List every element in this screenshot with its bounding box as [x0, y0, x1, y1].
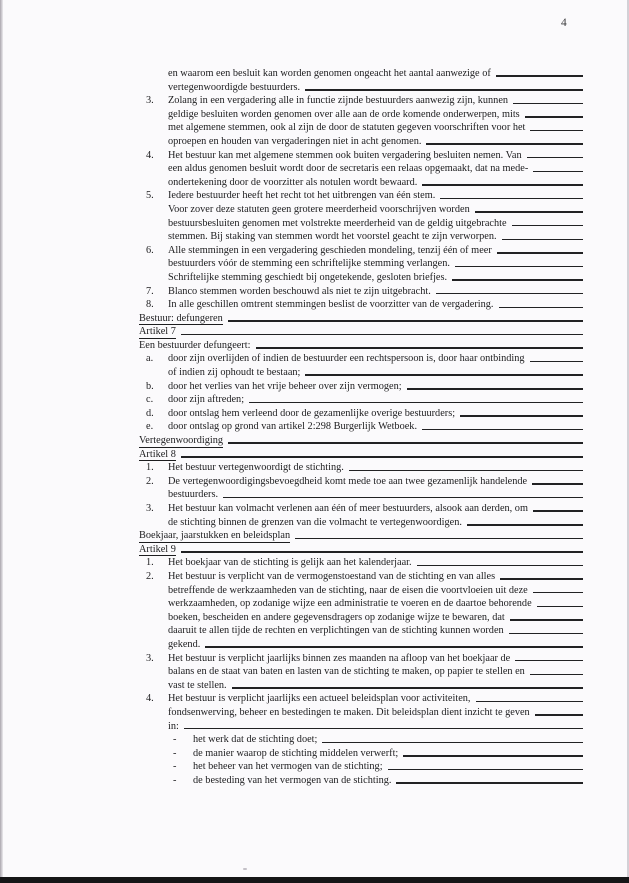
- line-marker: [139, 135, 168, 149]
- line-text: Het bestuur kan volmacht verlenen aan éé…: [168, 502, 528, 516]
- line-text: Het bestuur is verplicht jaarlijks binne…: [168, 652, 510, 666]
- line-text: ondertekening door de voorzitter als not…: [168, 176, 417, 190]
- document-line: Artikel 8: [139, 448, 583, 462]
- document-line: en waarom een besluit kan worden genomen…: [139, 67, 583, 81]
- line-marker: [139, 488, 168, 502]
- document-line: vertegenwoordigde bestuurders.: [139, 81, 583, 95]
- line-marker: 3.: [139, 502, 168, 516]
- line-text: balans en de staat van baten en lasten v…: [168, 665, 525, 679]
- line-marker: 3.: [139, 94, 168, 108]
- line-text: bestuurders vóór de stemming een schrift…: [168, 257, 450, 271]
- document-line: werkzaamheden, op zodanige wijze een adm…: [139, 597, 583, 611]
- line-text: geldige besluiten worden genomen over al…: [168, 108, 520, 122]
- line-filler-rule: [422, 184, 583, 186]
- line-text: door zijn overlijden of indien de bestuu…: [168, 352, 525, 366]
- document-line: vast te stellen.: [139, 679, 583, 693]
- line-filler-rule: [460, 415, 583, 417]
- line-marker: -: [168, 760, 193, 774]
- line-marker: [139, 720, 168, 734]
- line-filler-rule: [417, 565, 583, 567]
- line-text: Het bestuur kan met algemene stemmen ook…: [168, 149, 522, 163]
- line-filler-rule: [532, 483, 583, 485]
- line-marker: [139, 706, 168, 720]
- document-line: 1. Het boekjaar van de stichting is geli…: [139, 556, 583, 570]
- line-filler-rule: [530, 130, 583, 132]
- line-marker: [139, 597, 168, 611]
- line-text: door ontslag op grond van artikel 2:298 …: [168, 420, 417, 434]
- document-line: daaruit te allen tijde de rechten en ver…: [139, 624, 583, 638]
- document-body: en waarom een besluit kan worden genomen…: [139, 67, 583, 787]
- line-marker: [139, 624, 168, 638]
- document-line: 3. Het bestuur kan volmacht verlenen aan…: [139, 502, 583, 516]
- line-marker: 5.: [139, 189, 168, 203]
- line-marker: [139, 230, 168, 244]
- line-text: in:: [168, 720, 179, 734]
- line-filler-rule: [467, 524, 583, 526]
- document-line: 3. Zolang in een vergadering alle in fun…: [139, 94, 583, 108]
- line-marker: [139, 638, 168, 652]
- document-line: - de besteding van het vermogen van de s…: [139, 774, 583, 788]
- line-marker: [139, 679, 168, 693]
- line-text: oproepen en houden van vergaderingen nie…: [168, 135, 421, 149]
- line-filler-rule: [509, 633, 583, 635]
- line-filler-rule: [537, 606, 583, 608]
- line-marker: [139, 176, 168, 190]
- line-marker: [139, 217, 168, 231]
- document-line: Artikel 7: [139, 325, 583, 339]
- line-text: het werk dat de stichting doet;: [193, 733, 317, 747]
- line-text: boeken, bescheiden en andere gegevensdra…: [168, 611, 505, 625]
- line-marker: [139, 271, 168, 285]
- document-line: geldige besluiten worden genomen over al…: [139, 108, 583, 122]
- document-line: 4. Het bestuur is verplicht jaarlijks ee…: [139, 692, 583, 706]
- line-marker: [139, 366, 168, 380]
- line-filler-rule: [249, 402, 583, 404]
- line-text: Boekjaar, jaarstukken en beleidsplan: [139, 529, 290, 543]
- document-line: oproepen en houden van vergaderingen nie…: [139, 135, 583, 149]
- document-line: bestuurders vóór de stemming een schrift…: [139, 257, 583, 271]
- line-filler-rule: [228, 320, 583, 322]
- line-text: Het bestuur is verplicht van de vermogen…: [168, 570, 495, 584]
- line-filler-rule: [510, 619, 583, 621]
- line-text: Artikel 8: [139, 448, 176, 462]
- line-text: Het bestuur vertegenwoordigt de stichtin…: [168, 461, 344, 475]
- line-filler-rule: [475, 211, 583, 213]
- line-filler-rule: [533, 510, 583, 512]
- document-line: 5. Iedere bestuurder heeft het recht tot…: [139, 189, 583, 203]
- document-line: Boekjaar, jaarstukken en beleidsplan: [139, 529, 583, 543]
- document-line: stemmen. Bij staking van stemmen wordt h…: [139, 230, 583, 244]
- line-text: betreffende de werkzaamheden van de stic…: [168, 584, 528, 598]
- line-text: Alle stemmingen in een vergadering gesch…: [168, 244, 492, 258]
- line-marker: -: [168, 774, 193, 788]
- line-filler-rule: [512, 225, 583, 227]
- line-marker: 4.: [139, 692, 168, 706]
- line-marker: 6.: [139, 244, 168, 258]
- document-line: 8. In alle geschillen omtrent stemmingen…: [139, 298, 583, 312]
- line-filler-rule: [388, 769, 583, 771]
- line-marker: 4.: [139, 149, 168, 163]
- document-line: of indien zij ophoudt te bestaan;: [139, 366, 583, 380]
- line-filler-rule: [396, 782, 583, 784]
- document-line: Bestuur: defungeren: [139, 312, 583, 326]
- line-text: werkzaamheden, op zodanige wijze een adm…: [168, 597, 532, 611]
- line-marker: 1.: [139, 556, 168, 570]
- document-line: - het beheer van het vermogen van de sti…: [139, 760, 583, 774]
- line-text: Blanco stemmen worden beschouwd als niet…: [168, 285, 431, 299]
- line-filler-rule: [533, 592, 583, 594]
- line-filler-rule: [500, 578, 583, 580]
- line-filler-rule: [452, 279, 583, 281]
- line-filler-rule: [181, 334, 583, 336]
- document-line: gekend.: [139, 638, 583, 652]
- line-text: het beheer van het vermogen van de stich…: [193, 760, 383, 774]
- line-marker: -: [168, 733, 193, 747]
- scan-speck: [243, 868, 247, 870]
- line-text: gekend.: [168, 638, 200, 652]
- document-line: a. door zijn overlijden of indien de bes…: [139, 352, 583, 366]
- document-line: 4. Het bestuur kan met algemene stemmen …: [139, 149, 583, 163]
- line-filler-rule: [256, 347, 583, 349]
- line-text: stemmen. Bij staking van stemmen wordt h…: [168, 230, 497, 244]
- document-line: Vertegenwoordiging: [139, 434, 583, 448]
- line-marker: 1.: [139, 461, 168, 475]
- line-text: daaruit te allen tijde de rechten en ver…: [168, 624, 504, 638]
- page-number: 4: [561, 17, 567, 29]
- document-line: b. door het verlies van het vrije beheer…: [139, 380, 583, 394]
- line-marker: b.: [139, 380, 168, 394]
- document-line: betreffende de werkzaamheden van de stic…: [139, 584, 583, 598]
- line-filler-rule: [223, 497, 583, 499]
- line-marker: [139, 584, 168, 598]
- line-filler-rule: [181, 456, 583, 458]
- line-text: en waarom een besluit kan worden genomen…: [168, 67, 491, 81]
- line-filler-rule: [513, 103, 583, 105]
- line-filler-rule: [527, 157, 583, 159]
- line-marker: c.: [139, 393, 168, 407]
- document-line: 2. De vertegenwoordigingsbevoegdheid kom…: [139, 475, 583, 489]
- line-marker: [139, 203, 168, 217]
- line-text: Een bestuurder defungeert:: [139, 339, 251, 353]
- line-filler-rule: [499, 307, 584, 309]
- document-line: balans en de staat van baten en lasten v…: [139, 665, 583, 679]
- line-text: de besteding van het vermogen van de sti…: [193, 774, 391, 788]
- line-text: Bestuur: defungeren: [139, 312, 223, 326]
- line-text: bestuursbesluiten genomen met volstrekte…: [168, 217, 507, 231]
- document-line: - de manier waarop de stichting middelen…: [139, 747, 583, 761]
- line-filler-rule: [322, 742, 583, 744]
- line-text: door zijn aftreden;: [168, 393, 244, 407]
- line-text: Artikel 9: [139, 543, 176, 557]
- scan-edge-bottom: [0, 877, 629, 883]
- line-text: vertegenwoordigde bestuurders.: [168, 81, 300, 95]
- line-text: In alle geschillen omtrent stemmingen be…: [168, 298, 494, 312]
- line-filler-rule: [422, 429, 583, 431]
- document-line: d. door ontslag hem verleend door de gez…: [139, 407, 583, 421]
- document-line: in:: [139, 720, 583, 734]
- document-line: 3. Het bestuur is verplicht jaarlijks bi…: [139, 652, 583, 666]
- line-marker: d.: [139, 407, 168, 421]
- document-line: - het werk dat de stichting doet;: [139, 733, 583, 747]
- line-filler-rule: [295, 538, 583, 540]
- document-line: Artikel 9: [139, 543, 583, 557]
- line-marker: [139, 108, 168, 122]
- line-text: bestuurders.: [168, 488, 218, 502]
- document-line: Voor zover deze statuten geen grotere me…: [139, 203, 583, 217]
- line-filler-rule: [502, 239, 583, 241]
- document-line: 2. Het bestuur is verplicht van de vermo…: [139, 570, 583, 584]
- line-filler-rule: [232, 687, 583, 689]
- line-marker: [139, 665, 168, 679]
- document-line: bestuursbesluiten genomen met volstrekte…: [139, 217, 583, 231]
- line-text: Iedere bestuurder heeft het recht tot he…: [168, 189, 435, 203]
- line-filler-rule: [535, 714, 583, 716]
- line-filler-rule: [228, 442, 583, 444]
- line-filler-rule: [181, 551, 583, 553]
- line-marker: a.: [139, 352, 168, 366]
- line-text: Voor zover deze statuten geen grotere me…: [168, 203, 470, 217]
- line-filler-rule: [530, 674, 583, 676]
- line-filler-rule: [205, 646, 583, 648]
- document-line: c. door zijn aftreden;: [139, 393, 583, 407]
- line-marker: -: [168, 747, 193, 761]
- scan-edge-left: [0, 0, 3, 883]
- line-filler-rule: [530, 361, 583, 363]
- line-filler-rule: [440, 198, 583, 200]
- line-marker: [139, 121, 168, 135]
- line-marker: 2.: [139, 570, 168, 584]
- line-text: fondsenwerving, beheer en bestedingen te…: [168, 706, 530, 720]
- line-filler-rule: [305, 374, 583, 376]
- line-marker: [139, 162, 168, 176]
- document-line: 7. Blanco stemmen worden beschouwd als n…: [139, 285, 583, 299]
- line-text: door ontslag hem verleend door de gezame…: [168, 407, 455, 421]
- line-marker: 3.: [139, 652, 168, 666]
- line-filler-rule: [515, 660, 583, 662]
- line-filler-rule: [349, 470, 583, 472]
- line-filler-rule: [476, 701, 583, 703]
- document-line: 6. Alle stemmingen in een vergadering ge…: [139, 244, 583, 258]
- line-text: Schriftelijke stemming geschiedt bij ong…: [168, 271, 447, 285]
- document-line: Schriftelijke stemming geschiedt bij ong…: [139, 271, 583, 285]
- line-filler-rule: [455, 266, 583, 268]
- line-filler-rule: [497, 252, 583, 254]
- document-line: een aldus genomen besluit wordt door de …: [139, 162, 583, 176]
- line-text: de manier waarop de stichting middelen v…: [193, 747, 398, 761]
- line-filler-rule: [407, 388, 583, 390]
- document-line: ondertekening door de voorzitter als not…: [139, 176, 583, 190]
- line-marker: 7.: [139, 285, 168, 299]
- line-text: Zolang in een vergadering alle in functi…: [168, 94, 508, 108]
- document-line: e. door ontslag op grond van artikel 2:2…: [139, 420, 583, 434]
- line-filler-rule: [403, 755, 583, 757]
- line-text: Artikel 7: [139, 325, 176, 339]
- document-line: fondsenwerving, beheer en bestedingen te…: [139, 706, 583, 720]
- line-marker: [139, 611, 168, 625]
- line-filler-rule: [426, 143, 583, 145]
- line-marker: 8.: [139, 298, 168, 312]
- document-line: met algemene stemmen, ook al zijn de doo…: [139, 121, 583, 135]
- line-marker: [139, 67, 168, 81]
- line-text: de stichting binnen de grenzen van die v…: [168, 516, 462, 530]
- line-marker: 2.: [139, 475, 168, 489]
- document-line: de stichting binnen de grenzen van die v…: [139, 516, 583, 530]
- line-marker: e.: [139, 420, 168, 434]
- line-text: of indien zij ophoudt te bestaan;: [168, 366, 300, 380]
- line-marker: [139, 257, 168, 271]
- line-filler-rule: [184, 728, 583, 730]
- document-line: 1. Het bestuur vertegenwoordigt de stich…: [139, 461, 583, 475]
- document-line: bestuurders.: [139, 488, 583, 502]
- line-text: vast te stellen.: [168, 679, 227, 693]
- line-filler-rule: [436, 293, 583, 295]
- line-text: Het boekjaar van de stichting is gelijk …: [168, 556, 412, 570]
- document-line: Een bestuurder defungeert:: [139, 339, 583, 353]
- document-page: 4 en waarom een besluit kan worden genom…: [0, 0, 629, 883]
- line-text: De vertegenwoordigingsbevoegdheid komt m…: [168, 475, 527, 489]
- line-text: met algemene stemmen, ook al zijn de doo…: [168, 121, 525, 135]
- line-filler-rule: [525, 116, 583, 118]
- line-marker: [139, 516, 168, 530]
- line-text: Vertegenwoordiging: [139, 434, 223, 448]
- line-filler-rule: [533, 171, 583, 173]
- line-filler-rule: [305, 89, 583, 91]
- document-line: boeken, bescheiden en andere gegevensdra…: [139, 611, 583, 625]
- line-text: door het verlies van het vrije beheer ov…: [168, 380, 402, 394]
- line-marker: [139, 81, 168, 95]
- line-text: een aldus genomen besluit wordt door de …: [168, 162, 528, 176]
- line-filler-rule: [496, 75, 583, 77]
- line-text: Het bestuur is verplicht jaarlijks een a…: [168, 692, 471, 706]
